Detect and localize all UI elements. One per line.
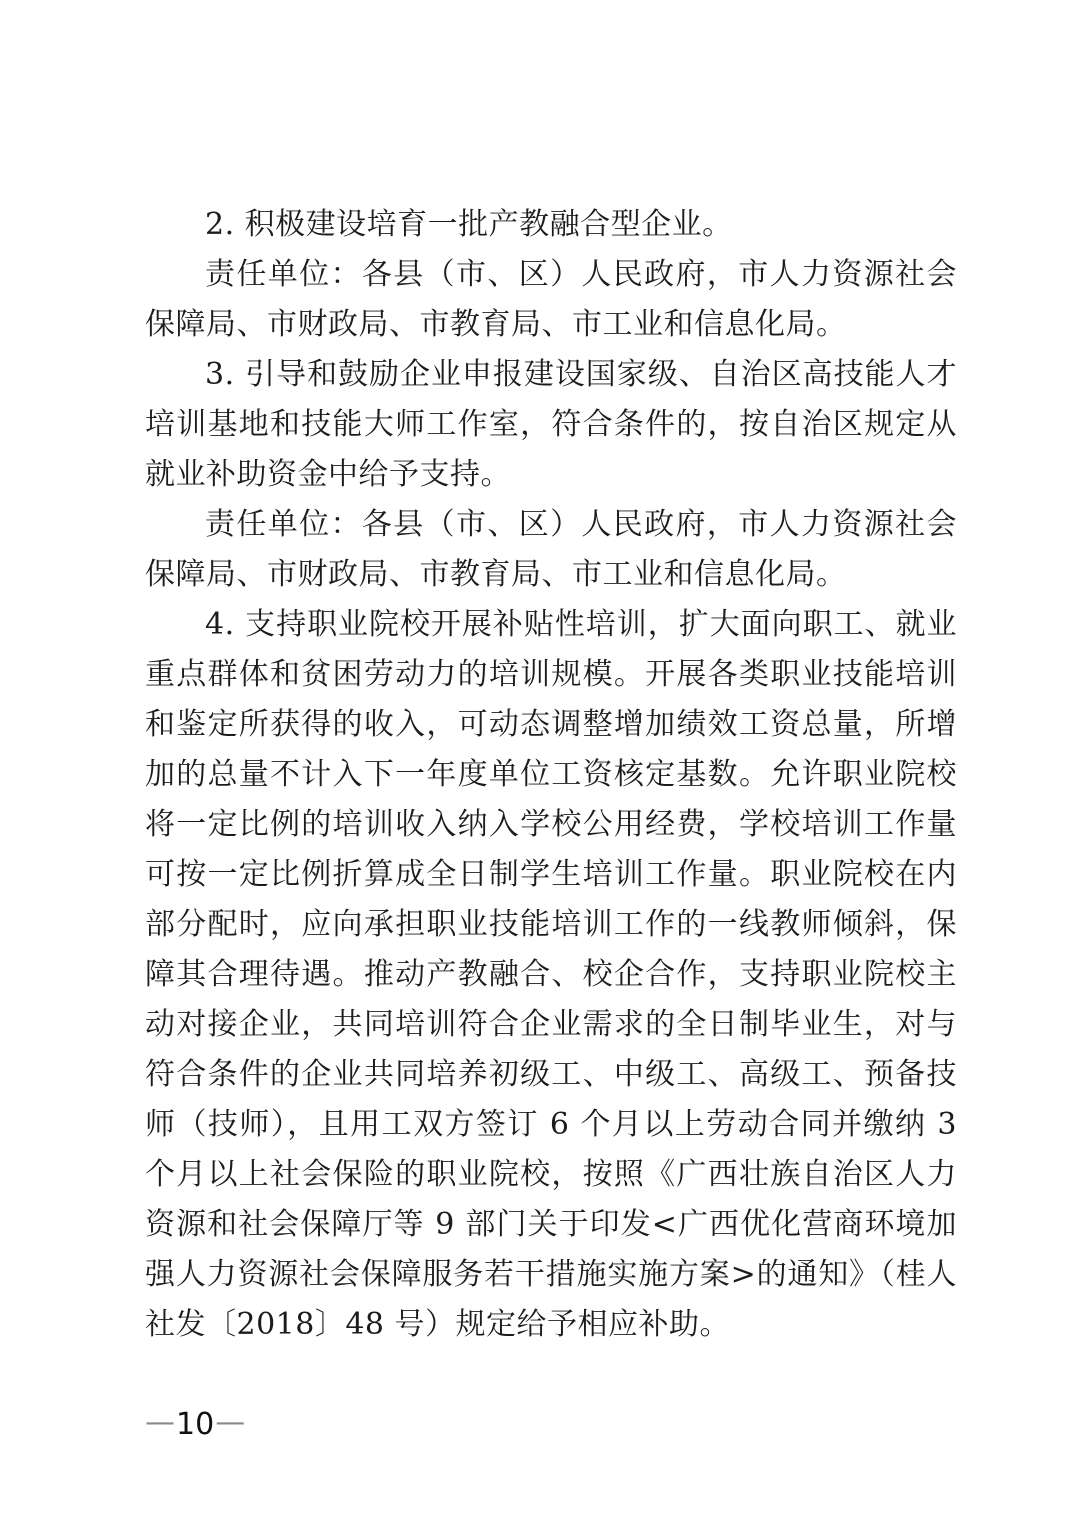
document-page: 2. 积极建设培育一批产教融合型企业。 责任单位：各县（市、区）人民政府，市人力…: [0, 0, 1074, 1520]
paragraph-item-4: 4. 支持职业院校开展补贴性培训，扩大面向职工、就业重点群体和贫困劳动力的培训规…: [145, 600, 957, 1350]
page-number-right-dash: —: [215, 1405, 245, 1440]
document-body: 2. 积极建设培育一批产教融合型企业。 责任单位：各县（市、区）人民政府，市人力…: [145, 200, 957, 1350]
page-number: —10—: [145, 1408, 245, 1442]
page-number-left-dash: —: [145, 1405, 175, 1440]
page-number-value: 10: [175, 1407, 215, 1442]
paragraph-responsible-units-1: 责任单位：各县（市、区）人民政府，市人力资源社会保障局、市财政局、市教育局、市工…: [145, 250, 957, 350]
paragraph-responsible-units-2: 责任单位：各县（市、区）人民政府，市人力资源社会保障局、市财政局、市教育局、市工…: [145, 500, 957, 600]
paragraph-item-2: 2. 积极建设培育一批产教融合型企业。: [145, 200, 957, 250]
paragraph-item-3: 3. 引导和鼓励企业申报建设国家级、自治区高技能人才培训基地和技能大师工作室，符…: [145, 350, 957, 500]
